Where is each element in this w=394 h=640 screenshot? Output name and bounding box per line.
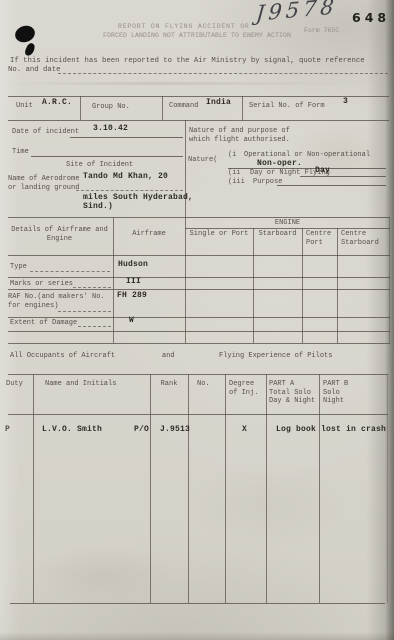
unit-row-divider [80,96,81,120]
marks-airframe-value: III [126,278,141,287]
date-blank [70,137,183,138]
type-airframe-value: Hudson [118,261,148,270]
row-label-marks: Marks or series [10,280,73,289]
scanned-accident-report-form: J9578 648 Form 765C REPORT ON FLYING ACC… [0,0,394,640]
occupants-table-border [8,374,388,375]
row-label-type: Type [10,263,27,272]
col-header-part-b: PART B Solo Night [323,380,348,406]
nature-item-ii-blank [300,176,386,177]
engine-table-divider [337,228,338,343]
engine-group-underline [185,228,390,229]
engine-table-border [8,289,390,290]
signal-reference-blank [58,73,388,74]
occupant-experience-note: Log book lost in crash [276,426,386,435]
engine-table-border [8,277,390,278]
engine-table-border [8,331,390,332]
engine-table-border [8,255,390,256]
aerodrome-value-line1: Tando Md Khan, 20 [83,173,168,182]
command-label: Command [169,102,198,111]
col-header-duty: Duty [6,380,23,389]
row-label-raf-no: RAF No.(and makers' No. for engines) [8,293,105,310]
occupant-injury-value: X [242,426,247,435]
aerodrome-blank [76,190,183,191]
time-blank [31,156,183,157]
col-header-rank: Rank [151,380,187,389]
handwritten-reference: J9578 [255,0,339,26]
photo-edge-shadow-bottom [0,632,394,640]
occupants-title-left: All Occupants of Aircraft [10,352,115,361]
command-value: India [206,99,231,108]
engine-col-single-or-port: Single or Port [186,230,252,239]
row-blank [73,287,111,288]
occupant-name-value: L.V.O. Smith [42,426,102,435]
occupants-table-divider [225,374,226,603]
ink-blot-mark [24,42,36,57]
hole-punch-mark [13,23,37,44]
col-header-part-a: PART A Total Solo Day & Night [269,380,315,406]
paper-crease [0,82,394,85]
unit-row-bottom-border [8,120,389,121]
photo-edge-shadow-right [385,0,394,640]
form-title-line2: FORCED LANDING NOT ATTRIBUTABLE TO ENEMY… [103,32,291,41]
occupant-rank-value: P/O [134,426,149,435]
row-blank [30,271,110,272]
paper-stain [30,545,170,605]
nature-item-ii-prefix: (ii [228,169,241,178]
engine-table-divider [253,228,254,343]
occupants-table-border [10,603,385,604]
nature-heading: Nature of and purpose of which flight au… [189,127,290,144]
form-title-line1: REPORT ON FLYING ACCIDENT OR [118,23,250,32]
nature-label: Nature( [188,156,217,165]
group-no-label: Group No. [92,103,130,112]
occupant-duty-value: P [5,426,10,435]
occupants-table-divider [33,374,34,603]
occupant-number-value: J.9513 [160,426,190,435]
site-of-incident-heading: Site of Incident [66,161,133,170]
engine-col-centre-starboard: Centre Starboard [341,230,379,247]
col-header-name: Name and Initials [45,380,116,389]
date-of-incident-label: Date of incident [12,128,79,137]
col-header-no: No. [197,380,210,389]
row-label-damage: Extent of Damage [10,319,77,328]
aerodrome-value-line2: miles South Hyderabad, Sind.) [83,193,193,212]
engine-group-header: ENGINE [185,219,390,228]
nature-item-iii-blank [277,185,386,186]
engine-table-border [8,217,390,218]
unit-label: Unit [16,102,33,111]
nature-item-iii-prefix: (iii [228,178,245,187]
engine-section-header: Details of Airframe and Engine [8,226,111,243]
occupants-title-right: Flying Experience of Pilots [219,352,332,361]
occupants-table-divider [319,374,320,603]
signal-instruction-line1: If this incident has been reported to th… [10,57,365,66]
paper-stain [180,460,350,550]
unit-row-divider [162,96,163,120]
engine-col-centre-port: Centre Port [306,230,331,247]
aerodrome-label: Name of Aerodrome or landing ground [8,175,79,192]
unit-value: A.R.C. [42,99,72,108]
form-number: Form 765C [304,27,339,36]
serial-no-value: 3 [343,98,348,107]
row-blank [78,326,111,327]
engine-table-divider [302,228,303,343]
row-blank [58,311,111,312]
occupants-title-and: and [162,352,175,361]
nature-item-ii-value: Day [315,167,330,176]
col-header-degree-of-injury: Degree of Inj. [229,380,258,397]
occupants-table-divider [266,374,267,603]
occupants-table-divider [150,374,151,603]
unit-row-divider [242,96,243,120]
damage-airframe-value: W [129,317,134,326]
engine-col-starboard: Starboard [254,230,301,239]
serial-no-label: Serial No. of Form [249,102,325,111]
occupants-table-border [8,414,388,415]
engine-table-border [8,317,390,318]
engine-table-border [8,343,390,344]
occupants-table-divider [188,374,189,603]
time-label: Time [12,148,29,157]
date-of-incident-value: 3.10.42 [93,125,128,134]
airframe-column-header: Airframe [113,230,185,239]
unit-row-top-border [8,96,389,97]
signal-instruction-line2: No. and date [8,66,61,75]
nature-item-i-prefix: (i [228,151,236,160]
raf-no-airframe-value: FH 289 [117,292,147,301]
